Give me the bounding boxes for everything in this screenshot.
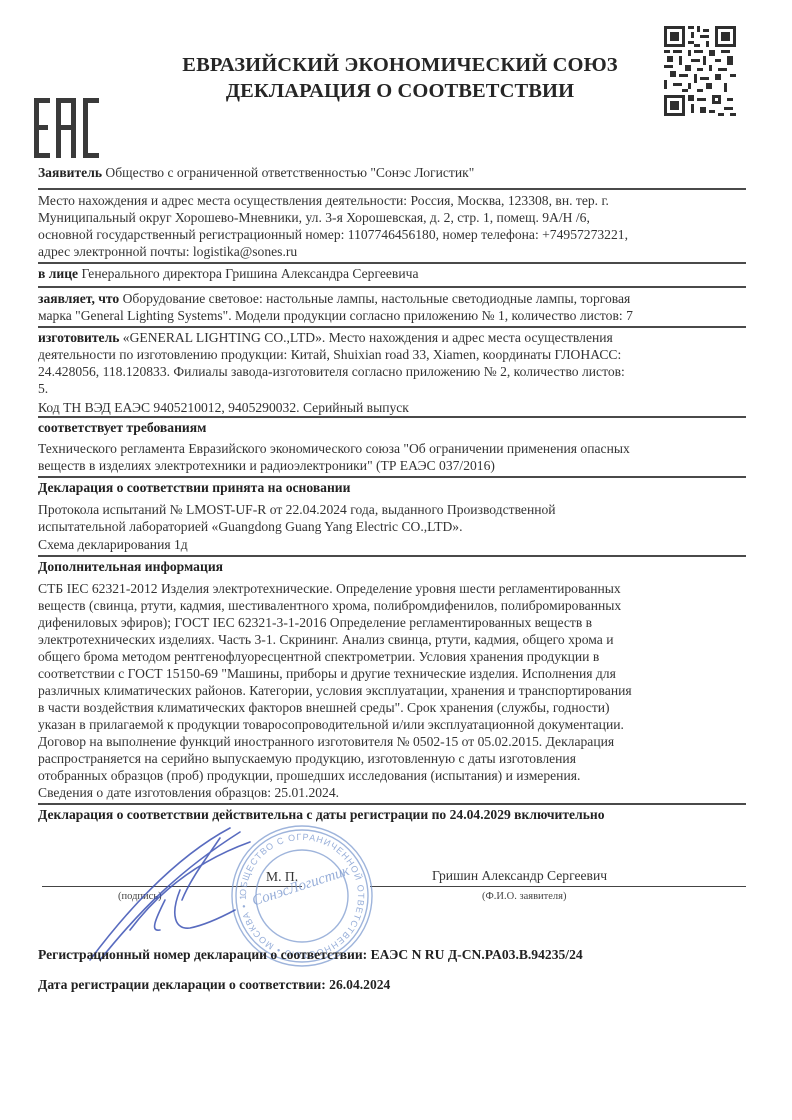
additional-line: Сведения о дате изготовления образцов: 2… bbox=[38, 784, 748, 801]
applicant-name: Гришин Александр Сергеевич bbox=[432, 868, 607, 884]
registration-date-label: Дата регистрации декларации о соответств… bbox=[38, 977, 329, 992]
manufacturer-line-1: изготовитель «GENERAL LIGHTING CO.,LTD».… bbox=[38, 329, 748, 346]
registration-number-row: Регистрационный номер декларации о соотв… bbox=[38, 946, 748, 963]
declares-label: заявляет, что bbox=[38, 291, 119, 306]
applicant-label: Заявитель bbox=[38, 165, 102, 180]
manufacturer-line-4: 5. bbox=[38, 380, 748, 397]
additional-line: дифениловых эфиров); ГОСТ IEC 62321-3-1-… bbox=[38, 614, 748, 631]
additional-line: указан в прилагаемой к продукции товарос… bbox=[38, 716, 748, 733]
address-line-2: Муниципальный округ Хорошево-Мневники, у… bbox=[38, 209, 748, 226]
represented-by-value: Генерального директора Гришина Александр… bbox=[78, 266, 418, 281]
registration-number-value: ЕАЭС N RU Д-CN.PA03.B.94235/24 bbox=[371, 947, 583, 962]
additional-line: веществ (свинца, ртути, кадмия, шестивал… bbox=[38, 597, 748, 614]
divider bbox=[38, 326, 746, 328]
eac-logo-icon bbox=[34, 98, 100, 158]
complies-label: соответствует требованиям bbox=[38, 419, 748, 436]
basis-line-2: испытательной лабораторией «Guangdong Gu… bbox=[38, 518, 748, 535]
declares-text: Оборудование световое: настольные лампы,… bbox=[119, 291, 630, 306]
complies-line-1: Технического регламента Евразийского эко… bbox=[38, 440, 748, 457]
additional-line: отобранных образцов (проб) продукции, пр… bbox=[38, 767, 748, 784]
manufacturer-line-3: 24.428056, 118.120833. Филиалы завода-из… bbox=[38, 363, 748, 380]
basis-line-1: Протокола испытаний № LMOST-UF-R от 22.0… bbox=[38, 501, 748, 518]
declares-line-2: марка "General Lighting Systems". Модели… bbox=[38, 307, 748, 324]
basis-line-3: Схема декларирования 1д bbox=[38, 536, 748, 553]
additional-line: различных климатических районов. Категор… bbox=[38, 682, 748, 699]
additional-line: общего брома методом рентгенофлуоресцент… bbox=[38, 648, 748, 665]
additional-info-label: Дополнительная информация bbox=[38, 558, 748, 575]
divider bbox=[38, 188, 746, 190]
represented-by-row: в лице Генерального директора Гришина Ал… bbox=[38, 265, 748, 282]
additional-line: Договор на выполнение функций иностранно… bbox=[38, 733, 748, 750]
additional-line: в части воздействия климатических фактор… bbox=[38, 699, 748, 716]
divider bbox=[38, 286, 746, 288]
additional-line: соответствии с ГОСТ 15150-69 "Машины, пр… bbox=[38, 665, 748, 682]
divider bbox=[38, 262, 746, 264]
registration-date-row: Дата регистрации декларации о соответств… bbox=[38, 976, 748, 993]
divider bbox=[38, 555, 746, 557]
qr-code-icon bbox=[664, 26, 736, 116]
applicant-value: Общество с ограниченной ответственностью… bbox=[102, 165, 474, 180]
additional-line: распространяется на серийно выпускаемую … bbox=[38, 750, 748, 767]
address-line-4: адрес электронной почты: logistika@sones… bbox=[38, 243, 748, 260]
additional-line: электротехнических изделиях. Часть 3-1. … bbox=[38, 631, 748, 648]
manufacturer-text: «GENERAL LIGHTING CO.,LTD». Место нахожд… bbox=[119, 330, 612, 345]
applicant-name-caption: (Ф.И.О. заявителя) bbox=[482, 891, 567, 902]
hs-code: Код ТН ВЭД ЕАЭС 9405210012, 9405290032. … bbox=[38, 399, 748, 416]
registration-number-label: Регистрационный номер декларации о соотв… bbox=[38, 947, 371, 962]
additional-line: СТБ IEC 62321-2012 Изделия электротехнич… bbox=[38, 580, 748, 597]
registration-date-value: 26.04.2024 bbox=[329, 977, 390, 992]
declares-line-1: заявляет, что Оборудование световое: нас… bbox=[38, 290, 748, 307]
complies-line-2: веществ в изделиях электротехники и ради… bbox=[38, 457, 748, 474]
document-title-line1: ЕВРАЗИЙСКИЙ ЭКОНОМИЧЕСКИЙ СОЮЗ bbox=[150, 52, 650, 78]
divider bbox=[38, 416, 746, 418]
represented-by-label: в лице bbox=[38, 266, 78, 281]
name-line bbox=[370, 886, 746, 887]
address-line-3: основной государственный регистрационный… bbox=[38, 226, 748, 243]
address-line-1: Место нахождения и адрес места осуществл… bbox=[38, 192, 748, 209]
applicant-row: Заявитель Общество с ограниченной ответс… bbox=[38, 164, 748, 181]
manufacturer-label: изготовитель bbox=[38, 330, 119, 345]
divider bbox=[38, 803, 746, 805]
manufacturer-line-2: деятельности по изготовлению продукции: … bbox=[38, 346, 748, 363]
basis-label: Декларация о соответствии принята на осн… bbox=[38, 479, 748, 496]
document-title-line2: ДЕКЛАРАЦИЯ О СООТВЕТСТВИИ bbox=[150, 78, 650, 104]
divider bbox=[38, 476, 746, 478]
